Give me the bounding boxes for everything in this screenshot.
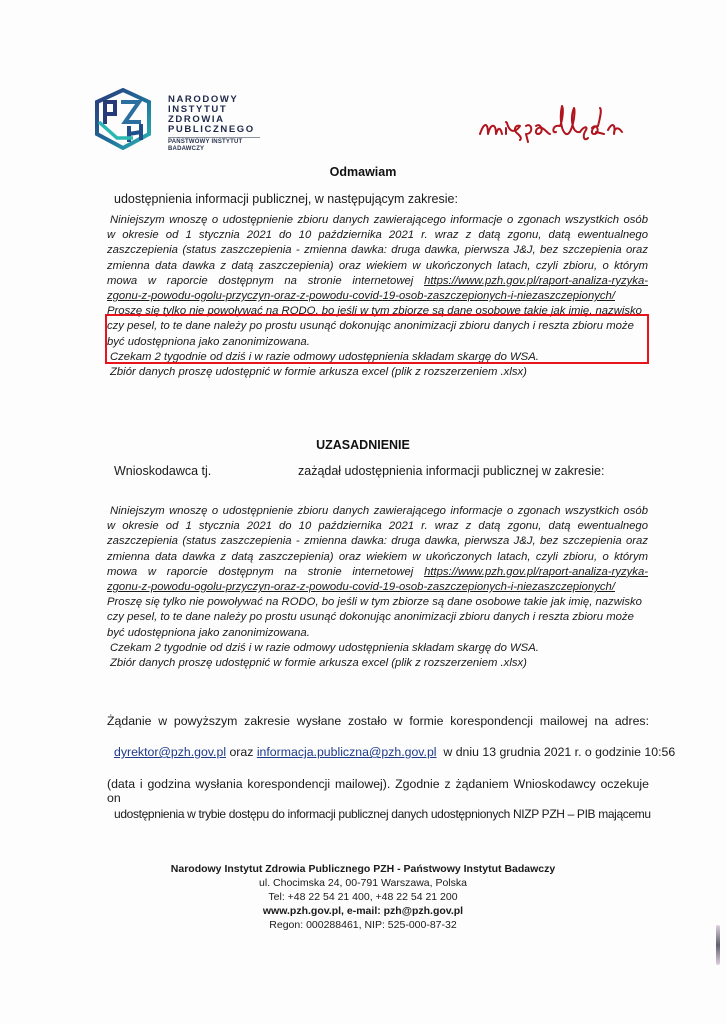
document-page: NARODOWY INSTYTUT ZDROWIA PUBLICZNEGO PA…	[0, 0, 726, 1024]
rodo-line: Proszę się tylko nie powoływać na RODO, …	[107, 595, 648, 610]
pzh-logo-icon	[93, 88, 153, 150]
request-line: mowa w raporcie dostępnym na stronie int…	[107, 566, 413, 578]
report-link-continued: zgonu-z-powodu-ogolu-przyczyn-oraz-z-pow…	[107, 289, 648, 304]
institute-footer: Narodowy Instytut Zdrowia Publicznego PZ…	[0, 862, 726, 932]
correspondence-emails: dyrektor@pzh.gov.pl oraz informacja.publ…	[114, 745, 675, 759]
sent-date: w dniu 13 grudnia 2021 r. o godzinie 10:…	[443, 745, 675, 759]
logo-subtitle: PAŃSTWOWY INSTYTUT	[168, 137, 260, 146]
conjunction: oraz	[229, 745, 253, 759]
request-line-with-link: mowa w raporcie dostępnym na stronie int…	[107, 274, 648, 289]
niepodlegla-signature-icon	[476, 104, 666, 144]
rodo-highlight-box	[105, 314, 649, 364]
logo-line: PUBLICZNEGO	[168, 125, 260, 135]
format-line: Zbiór danych proszę udostępnić w formie …	[107, 365, 648, 380]
request-line: w okresie od 1 stycznia 2021 do 10 paźdz…	[107, 519, 648, 534]
request-line: zaszczepienia (status zaszczepienia - zm…	[107, 534, 648, 549]
email-link-public-info[interactable]: informacja.publiczna@pzh.gov.pl	[257, 745, 437, 759]
requester-text: zażądał udostępnienia informacji publicz…	[298, 464, 604, 478]
email-link-director[interactable]: dyrektor@pzh.gov.pl	[114, 745, 226, 759]
request-line: zaszczepienia (status zaszczepienia - zm…	[107, 243, 648, 258]
report-link[interactable]: zgonu-z-powodu-ogolu-przyczyn-oraz-z-pow…	[107, 581, 615, 593]
rodo-line: być udostępniona jako zanonimizowana.	[107, 626, 648, 641]
rodo-line: czy pesel, to te dane należy po prostu u…	[107, 610, 648, 625]
footer-ids: Regon: 000288461, NIP: 525-000-87-32	[0, 918, 726, 932]
footer-phone: Tel: +48 22 54 21 400, +48 22 54 21 200	[0, 890, 726, 904]
report-link[interactable]: https://www.pzh.gov.pl/raport-analiza-ry…	[424, 275, 648, 287]
footer-address: ul. Chocimska 24, 00-791 Warszawa, Polsk…	[0, 876, 726, 890]
correspondence-line-3: (data i godzina wysłania korespondencji …	[107, 777, 649, 805]
logo-subtitle: BADAWCZY	[168, 146, 260, 153]
report-link[interactable]: https://www.pzh.gov.pl/raport-analiza-ry…	[424, 566, 648, 578]
request-line: Niniejszym wnoszę o udostępnienie zbioru…	[107, 504, 648, 519]
report-link[interactable]: zgonu-z-powodu-ogolu-przyczyn-oraz-z-pow…	[107, 290, 615, 302]
scan-artifact	[716, 925, 720, 965]
report-link-continued: zgonu-z-powodu-ogolu-przyczyn-oraz-z-pow…	[107, 580, 648, 595]
request-line: Niniejszym wnoszę o udostępnienie zbioru…	[107, 213, 648, 228]
justification-request-text: Niniejszym wnoszę o udostępnienie zbioru…	[107, 504, 648, 671]
request-line: zmienna data dawka z datą zaszczepienia)…	[107, 259, 648, 274]
correspondence-line-4: udostępnienia w trybie dostępu do inform…	[114, 807, 651, 821]
decision-intro: udostępnienia informacji publicznej, w n…	[114, 192, 458, 206]
request-line-with-link: mowa w raporcie dostępnym na stronie int…	[107, 565, 648, 580]
format-line: Zbiór danych proszę udostępnić w formie …	[107, 656, 648, 671]
request-line: mowa w raporcie dostępnym na stronie int…	[107, 275, 413, 287]
footer-web: www.pzh.gov.pl, e-mail: pzh@pzh.gov.pl	[0, 904, 726, 918]
request-line: zmienna data dawka z datą zaszczepienia)…	[107, 550, 648, 565]
request-line: w okresie od 1 stycznia 2021 do 10 paźdz…	[107, 228, 648, 243]
justification-heading: UZASADNIENIE	[0, 438, 726, 452]
wait-line: Czekam 2 tygodnie od dziś i w razie odmo…	[107, 641, 648, 656]
footer-org: Narodowy Instytut Zdrowia Publicznego PZ…	[0, 862, 726, 876]
decision-heading: Odmawiam	[0, 165, 726, 179]
requester-label: Wnioskodawca tj.	[114, 464, 211, 478]
institute-logo-text: NARODOWY INSTYTUT ZDROWIA PUBLICZNEGO PA…	[168, 95, 260, 153]
correspondence-line-1: Żądanie w powyższym zakresie wysłane zos…	[107, 714, 649, 728]
